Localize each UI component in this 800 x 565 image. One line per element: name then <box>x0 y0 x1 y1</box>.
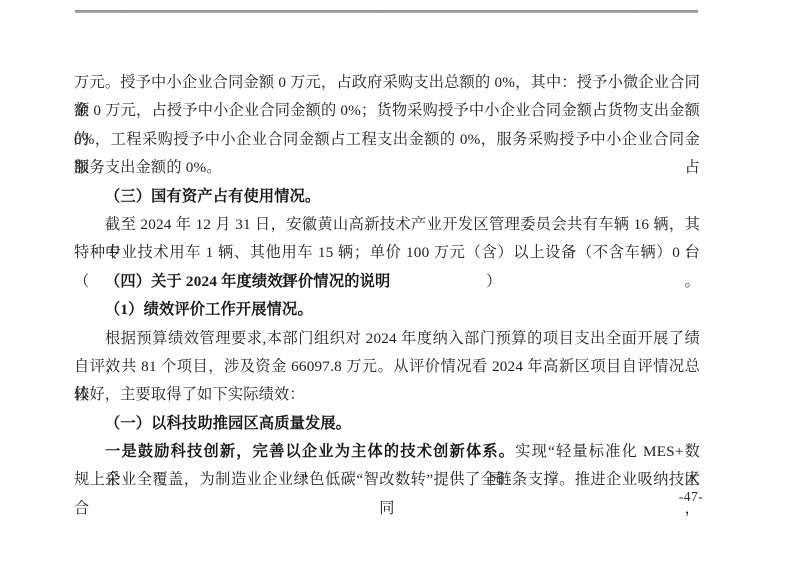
document-page: 万元。授予中小企业合同金额 0 万元，占政府采购支出总额的 0%，其中：授予小微… <box>0 0 800 565</box>
body-line: 自评，共 81 个项目，涉及资金 66097.8 万元。从评价情况看 2024 … <box>74 353 700 381</box>
body-line: 特种专业技术用车 1 辆、其他用车 15 辆；单价 100 万元（含）以上设备（… <box>74 239 700 267</box>
footer-page-number: -47- <box>661 489 721 505</box>
body-line: 截至 2024 年 12 月 31 日，安徽黄山高新技术产业开发区管理委员会共有… <box>74 211 700 239</box>
subsection-heading-evaluation-work: （1）绩效评价工作开展情况。 <box>74 296 700 324</box>
body-line: 根据预算绩效管理要求,本部门组织对 2024 年度纳入部门预算的项目支出全面开展… <box>74 325 700 353</box>
inline-bold-lead: 一是鼓励科技创新，完善以企业为主体的技术创新体系。 <box>105 443 515 460</box>
section-heading-state-assets: （三）国有资产占有使用情况。 <box>74 183 700 211</box>
page-edge-separator <box>75 10 698 13</box>
section-heading-tech-development: （一）以科技助推园区高质量发展。 <box>74 410 700 438</box>
body-line: 额 0 万元，占授予中小企业合同金额的 0%；货物采购授予中小企业合同金额占货物… <box>74 97 700 125</box>
body-line-mixed: 一是鼓励科技创新，完善以企业为主体的技术创新体系。实现“轻量标准化 MES+数采… <box>74 438 700 466</box>
document-body: 万元。授予中小企业合同金额 0 万元，占政府采购支出总额的 0%，其中：授予小微… <box>74 69 700 495</box>
body-line: 0%，工程采购授予中小企业合同金额占工程支出金额的 0%，服务采购授予中小企业合… <box>74 126 700 154</box>
body-line: 较好，主要取得了如下实际绩效： <box>74 381 700 409</box>
body-line: 万元。授予中小企业合同金额 0 万元，占政府采购支出总额的 0%，其中：授予小微… <box>74 69 700 97</box>
body-line: 规上企业全覆盖，为制造业企业绿色低碳“智改数转”提供了全链条支撑。推进企业吸纳技… <box>74 466 700 494</box>
